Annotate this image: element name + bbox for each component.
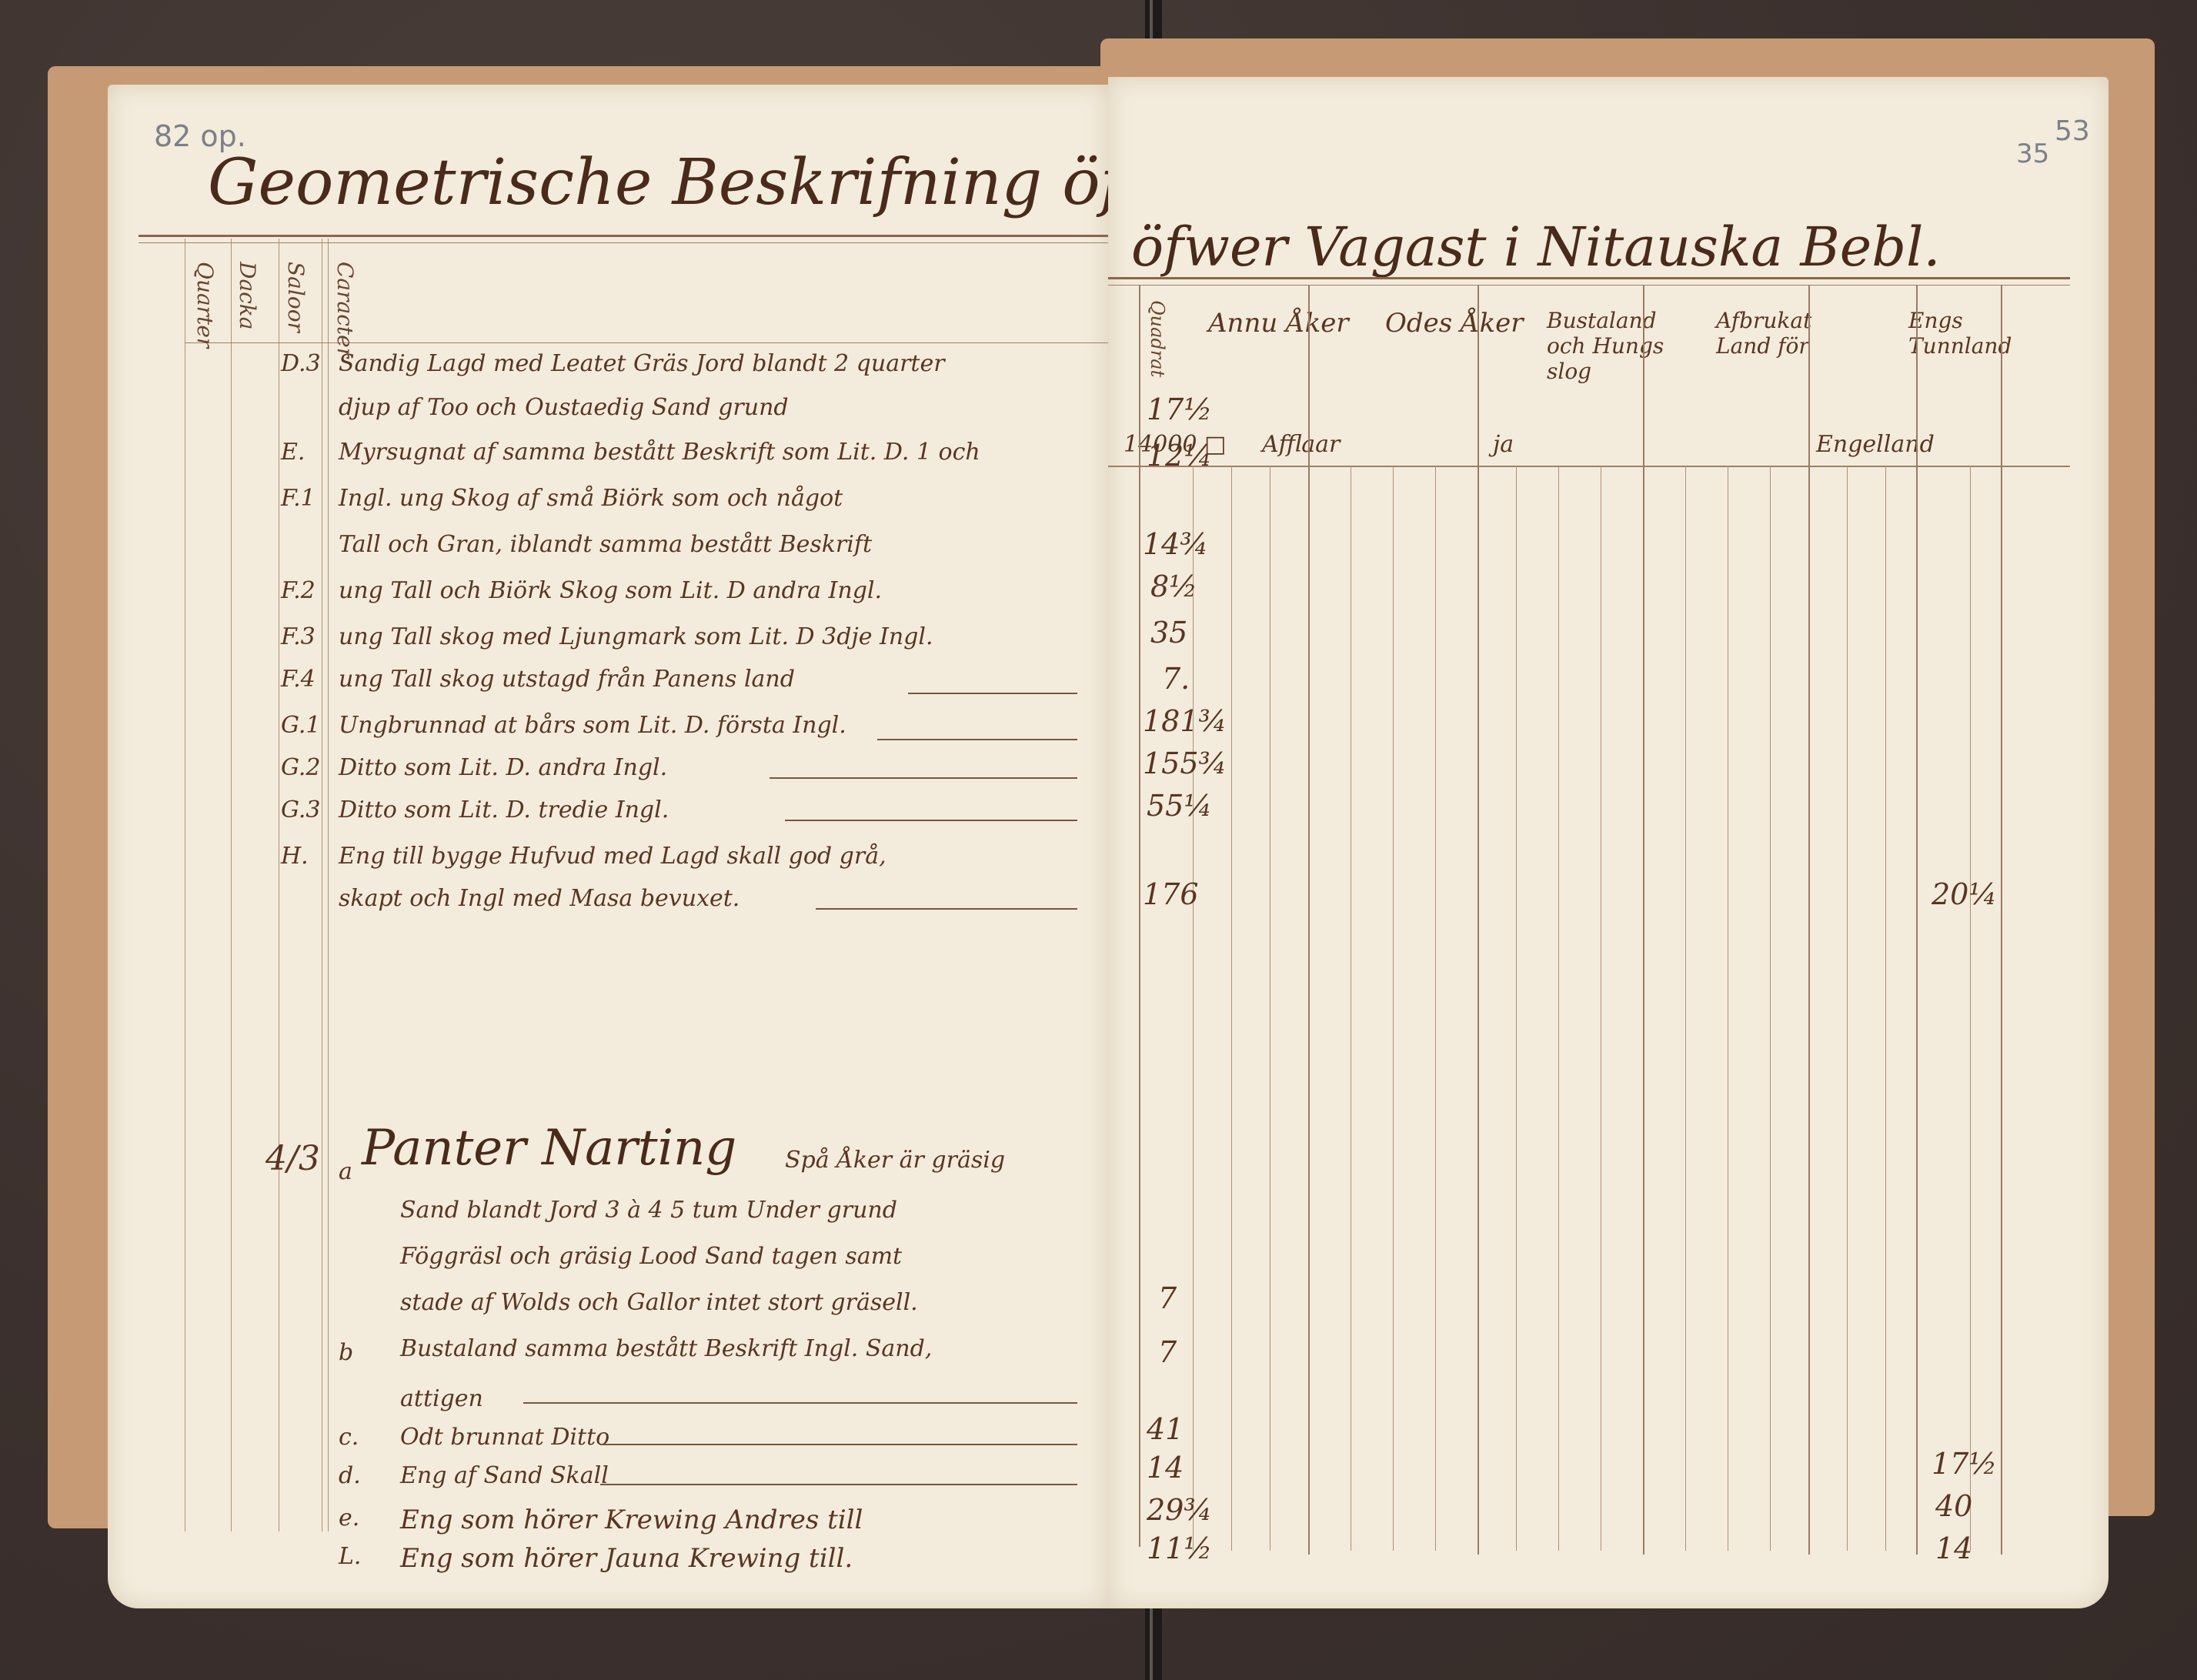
entry-text: Myrsugnat af samma bestått Beskrift som … bbox=[339, 439, 980, 466]
column-rule bbox=[2001, 285, 2002, 1555]
left-page: 82 op. Geometrische Beskrifning öfwer Ka… bbox=[108, 85, 1108, 1608]
column-rule bbox=[1808, 285, 1810, 1555]
column-rule bbox=[1270, 466, 1270, 1551]
folio-number: 53 bbox=[2055, 115, 2090, 147]
fill-line bbox=[523, 1402, 1077, 1404]
area-value: 14¾ bbox=[1143, 527, 1208, 561]
entry-mark: F.4 bbox=[281, 666, 316, 693]
column-rule bbox=[1139, 285, 1140, 1547]
entry-text: skapt och Ingl med Masa bevuxet. bbox=[339, 885, 740, 912]
area-value: 17½ bbox=[1147, 392, 1212, 426]
entry-mark: d. bbox=[339, 1462, 361, 1489]
entry-mark: G.3 bbox=[281, 797, 321, 823]
fill-line bbox=[877, 739, 1077, 740]
column-sub-bustaland: ja bbox=[1493, 431, 1514, 458]
entry-mark: G.1 bbox=[281, 712, 321, 739]
column-rule bbox=[1847, 466, 1848, 1551]
area-value: 29¾ bbox=[1147, 1493, 1212, 1527]
title-rule bbox=[1108, 277, 2070, 279]
entry-text: Eng af Sand Skall bbox=[400, 1462, 609, 1489]
column-sub-annu-aker: Afflaar bbox=[1262, 431, 1340, 458]
area-value: 14 bbox=[1147, 1451, 1184, 1485]
column-rule bbox=[1885, 466, 1886, 1551]
entry-mark: F.2 bbox=[281, 577, 316, 604]
entry-text: Eng som hörer Jauna Krewing till. bbox=[400, 1543, 853, 1574]
column-rule bbox=[279, 239, 279, 1531]
page-title-right: öfwer Vagast i Nitauska Bebl. bbox=[1131, 215, 1941, 279]
column-header-annu-aker: Annu Åker bbox=[1208, 308, 1349, 339]
entry-text: Föggräsl och gräsig Lood Sand tagen samt bbox=[400, 1243, 902, 1270]
column-rule bbox=[1643, 285, 1644, 1555]
column-rule bbox=[231, 239, 232, 1531]
margin-header-caracter: Caracter bbox=[332, 262, 358, 358]
fill-line bbox=[785, 820, 1077, 821]
pencil-folio-right: 35 bbox=[2016, 139, 2049, 169]
entry-mark: c. bbox=[339, 1424, 359, 1451]
margin-header-quarter: Quarter bbox=[192, 262, 218, 348]
column-rule bbox=[1351, 466, 1351, 1551]
entry-text: Odt brunnat Ditto bbox=[400, 1424, 609, 1451]
margin-header-dacka: Dacka bbox=[235, 262, 260, 329]
meadow-value: 20¼ bbox=[1932, 877, 1997, 911]
entry-mark: F.1 bbox=[281, 485, 316, 512]
column-rule bbox=[1308, 285, 1310, 1555]
column-header-engs: Engs Tunnland bbox=[1908, 308, 2001, 359]
column-header-bustaland: Bustaland och Hungs slog bbox=[1547, 308, 1701, 384]
entry-mark: E. bbox=[281, 439, 305, 466]
entry-text: Spå Åker är gräsig bbox=[785, 1147, 1005, 1174]
area-value: 12¼ bbox=[1147, 439, 1212, 473]
area-value: 181¾ bbox=[1143, 704, 1227, 738]
entry-mark: F.3 bbox=[281, 623, 316, 650]
fill-line bbox=[770, 777, 1077, 779]
entry-text: Sand blandt Jord 3 à 4 5 tum Under grund bbox=[400, 1197, 897, 1224]
area-value: 8½ bbox=[1150, 569, 1197, 603]
column-rule bbox=[1970, 466, 1971, 1551]
entry-mark: H. bbox=[281, 843, 309, 870]
entry-mark: G.2 bbox=[281, 754, 321, 781]
entry-text: Sandig Lagd med Leatet Gräs Jord blandt … bbox=[339, 350, 945, 377]
header-rule bbox=[185, 342, 1116, 343]
entry-text: Ungbrunnad at bårs som Lit. D. första In… bbox=[339, 712, 846, 739]
entry-text: attigen bbox=[400, 1385, 483, 1412]
section-number: 4/3 bbox=[265, 1139, 320, 1178]
entry-text: Eng till bygge Hufvud med Lagd skall god… bbox=[339, 843, 886, 870]
area-value: 55¼ bbox=[1147, 789, 1212, 823]
fill-line bbox=[816, 908, 1077, 910]
right-page: 35 53 öfwer Vagast i Nitauska Bebl. Quad… bbox=[1108, 77, 2109, 1608]
area-value: 35 bbox=[1150, 616, 1187, 650]
entry-mark: D.3 bbox=[281, 350, 321, 377]
entry-text: Eng som hörer Krewing Andres till bbox=[400, 1505, 863, 1535]
column-rule bbox=[1685, 466, 1686, 1551]
area-value: 7 bbox=[1158, 1335, 1177, 1369]
entry-text: ung Tall skog utstagd från Panens land bbox=[339, 666, 795, 693]
column-rule bbox=[1231, 466, 1232, 1551]
entry-mark: b bbox=[339, 1339, 353, 1366]
column-rule bbox=[1393, 466, 1394, 1551]
fill-line bbox=[908, 693, 1077, 694]
area-value: 11½ bbox=[1147, 1531, 1212, 1565]
entry-text: Ingl. ung Skog af små Biörk som och någo… bbox=[339, 485, 843, 512]
fill-line bbox=[600, 1444, 1077, 1445]
column-rule bbox=[328, 239, 329, 1531]
entry-text: djup af Too och Oustaedig Sand grund bbox=[339, 394, 789, 421]
title-rule-thin bbox=[139, 242, 1108, 243]
entry-text: Ditto som Lit. D. tredie Ingl. bbox=[339, 797, 669, 823]
area-value: 7. bbox=[1162, 662, 1190, 696]
title-rule-thin bbox=[1108, 285, 2070, 286]
column-rule bbox=[1601, 466, 1601, 1551]
column-header-odes-aker: Odes Åker bbox=[1385, 308, 1524, 339]
entry-text: ung Tall och Biörk Skog som Lit. D andra… bbox=[339, 577, 882, 604]
entry-text: Tall och Gran, iblandt samma bestått Bes… bbox=[339, 531, 872, 558]
column-rule bbox=[322, 239, 322, 1531]
area-value: 155¾ bbox=[1143, 746, 1227, 780]
section-heading: Panter Narting bbox=[362, 1120, 736, 1177]
meadow-value: 17½ bbox=[1932, 1447, 1997, 1481]
entry-text: Bustaland samma bestått Beskrift Ingl. S… bbox=[400, 1335, 932, 1362]
area-value: 41 bbox=[1147, 1412, 1184, 1446]
entry-text: ung Tall skog med Ljungmark som Lit. D 3… bbox=[339, 623, 933, 650]
column-header-afbrukat: Afbrukat Land för bbox=[1716, 308, 1847, 359]
title-rule bbox=[139, 235, 1108, 237]
column-rule bbox=[185, 239, 185, 1531]
area-value: 176 bbox=[1143, 877, 1199, 911]
header-rule bbox=[1108, 466, 2070, 467]
column-rule bbox=[1477, 285, 1479, 1555]
entry-mark: e. bbox=[339, 1505, 359, 1531]
column-rule bbox=[1728, 466, 1728, 1551]
column-rule bbox=[1558, 466, 1559, 1551]
margin-header-saloor: Saloor bbox=[283, 262, 309, 332]
column-header-quadrat: Quadrat bbox=[1147, 300, 1168, 377]
entry-mark: L. bbox=[339, 1543, 361, 1570]
meadow-value: 14 bbox=[1935, 1531, 1972, 1565]
column-rule bbox=[1516, 466, 1517, 1551]
area-value: 7 bbox=[1158, 1281, 1177, 1315]
entry-text: Ditto som Lit. D. andra Ingl. bbox=[339, 754, 667, 781]
entry-mark: a bbox=[339, 1158, 352, 1185]
column-rule bbox=[1193, 466, 1194, 1551]
entry-text: stade af Wolds och Gallor intet stort gr… bbox=[400, 1289, 918, 1316]
column-rule bbox=[1916, 285, 1918, 1555]
column-rule bbox=[1435, 466, 1436, 1551]
meadow-value: 40 bbox=[1935, 1489, 1972, 1523]
column-rule bbox=[1770, 466, 1771, 1551]
fill-line bbox=[600, 1484, 1077, 1485]
